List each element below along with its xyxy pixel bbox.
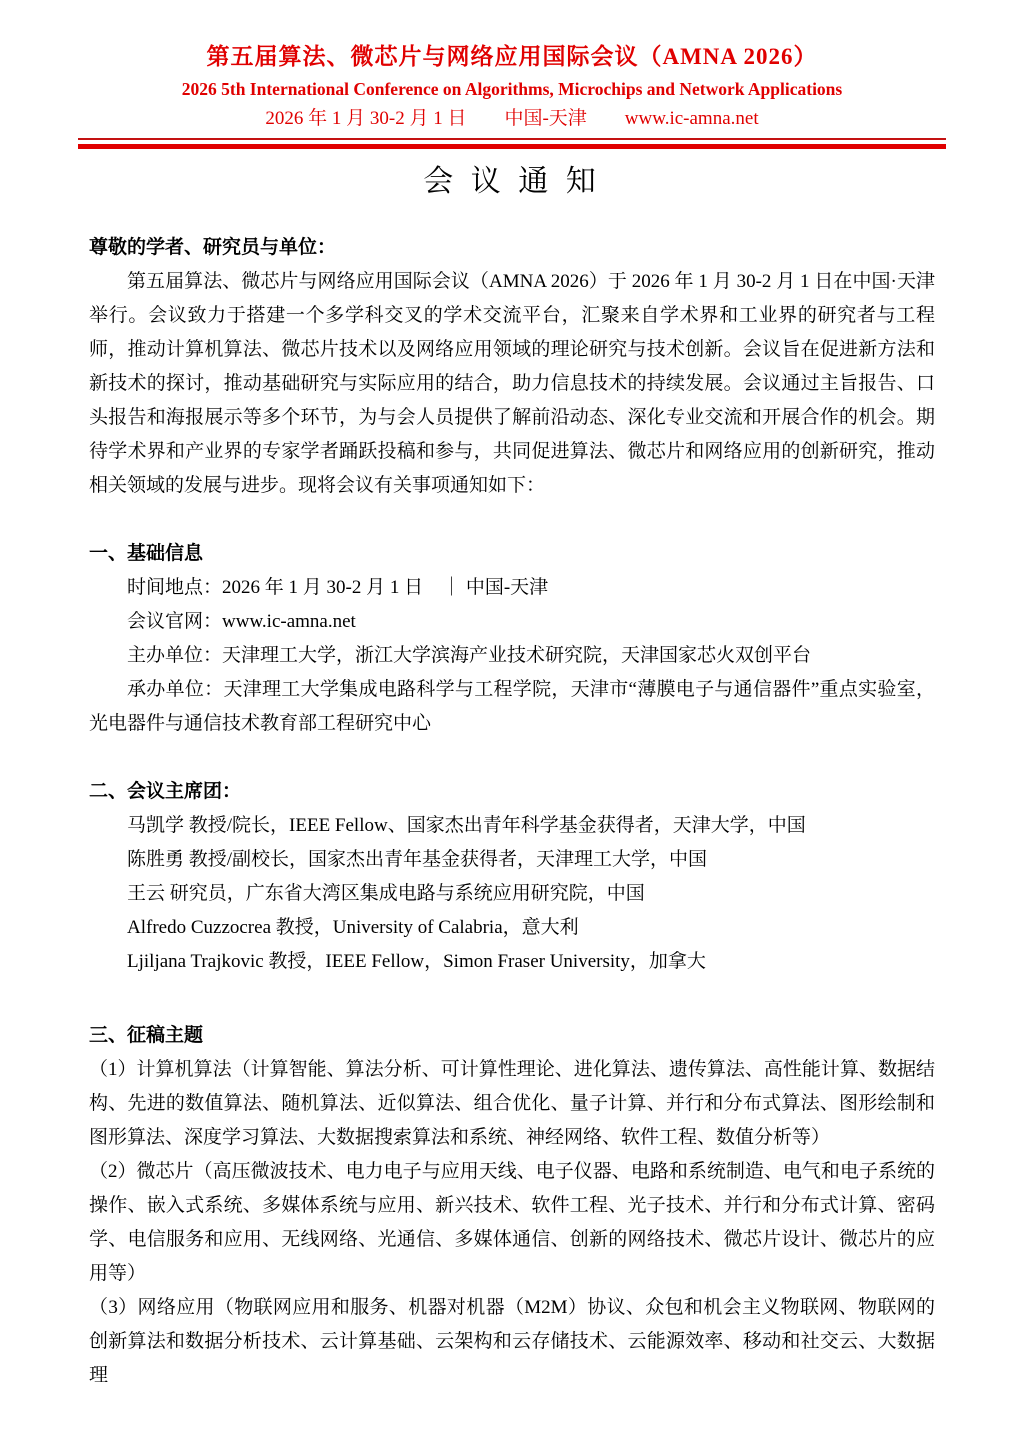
conference-notice-page: 第五届算法、微芯片与网络应用国际会议（AMNA 2026） 2026 5th I… (0, 0, 1024, 1448)
document-title: 会 议 通 知 (89, 161, 935, 203)
committee-member: 王云 研究员，广东省大湾区集成电路与系统应用研究院，中国 (89, 877, 935, 911)
conference-title-chinese: 第五届算法、微芯片与网络应用国际会议（AMNA 2026） (89, 42, 935, 72)
basic-info-item-organizers: 主办单位：天津理工大学，浙江大学滨海产业技术研究院，天津国家芯火双创平台 (89, 639, 935, 673)
salutation: 尊敬的学者、研究员与单位： (89, 231, 935, 265)
conference-title-english: 2026 5th International Conference on Alg… (89, 78, 935, 101)
intro-paragraph: 第五届算法、微芯片与网络应用国际会议（AMNA 2026）于 2026 年 1 … (89, 265, 935, 503)
committee-member: 马凯学 教授/院长，IEEE Fellow、国家杰出青年科学基金获得者，天津大学… (89, 809, 935, 843)
section-heading-topics: 三、征稿主题 (89, 1019, 935, 1053)
divider-thick-rule (78, 144, 946, 149)
basic-info-item-datetime: 时间地点：2026 年 1 月 30-2 月 1 日 ｜ 中国-天津 (89, 571, 935, 605)
conference-location: 中国-天津 (504, 108, 586, 129)
topic-network-applications: （3）网络应用（物联网应用和服务、机器对机器（M2M）协议、众包和机会主义物联网… (89, 1291, 935, 1393)
basic-info-item-hosts: 承办单位：天津理工大学集成电路科学与工程学院，天津市“薄膜电子与通信器件”重点实… (89, 673, 935, 741)
section-heading-committee: 二、会议主席团： (89, 775, 935, 809)
letterhead: 第五届算法、微芯片与网络应用国际会议（AMNA 2026） 2026 5th I… (89, 42, 935, 149)
topic-computer-algorithms: （1）计算机算法（计算智能、算法分析、可计算性理论、进化算法、遗传算法、高性能计… (89, 1053, 935, 1155)
committee-member: Alfredo Cuzzocrea 教授，University of Calab… (89, 911, 935, 945)
header-divider (78, 138, 946, 149)
committee-member: Ljiljana Trajkovic 教授，IEEE Fellow，Simon … (89, 945, 935, 979)
basic-info-item-website: 会议官网：www.ic-amna.net (89, 605, 935, 639)
divider-thin-rule (78, 138, 946, 140)
section-heading-basic-info: 一、基础信息 (89, 537, 935, 571)
conference-website: www.ic-amna.net (625, 108, 759, 129)
committee-member: 陈胜勇 教授/副校长，国家杰出青年基金获得者，天津理工大学，中国 (89, 843, 935, 877)
document-body: 尊敬的学者、研究员与单位： 第五届算法、微芯片与网络应用国际会议（AMNA 20… (89, 231, 935, 1393)
topic-microchips: （2）微芯片（高压微波技术、电力电子与应用天线、电子仪器、电路和系统制造、电气和… (89, 1155, 935, 1291)
conference-dates: 2026 年 1 月 30-2 月 1 日 (265, 108, 466, 129)
conference-info-line: 2026 年 1 月 30-2 月 1 日中国-天津www.ic-amna.ne… (89, 106, 935, 132)
